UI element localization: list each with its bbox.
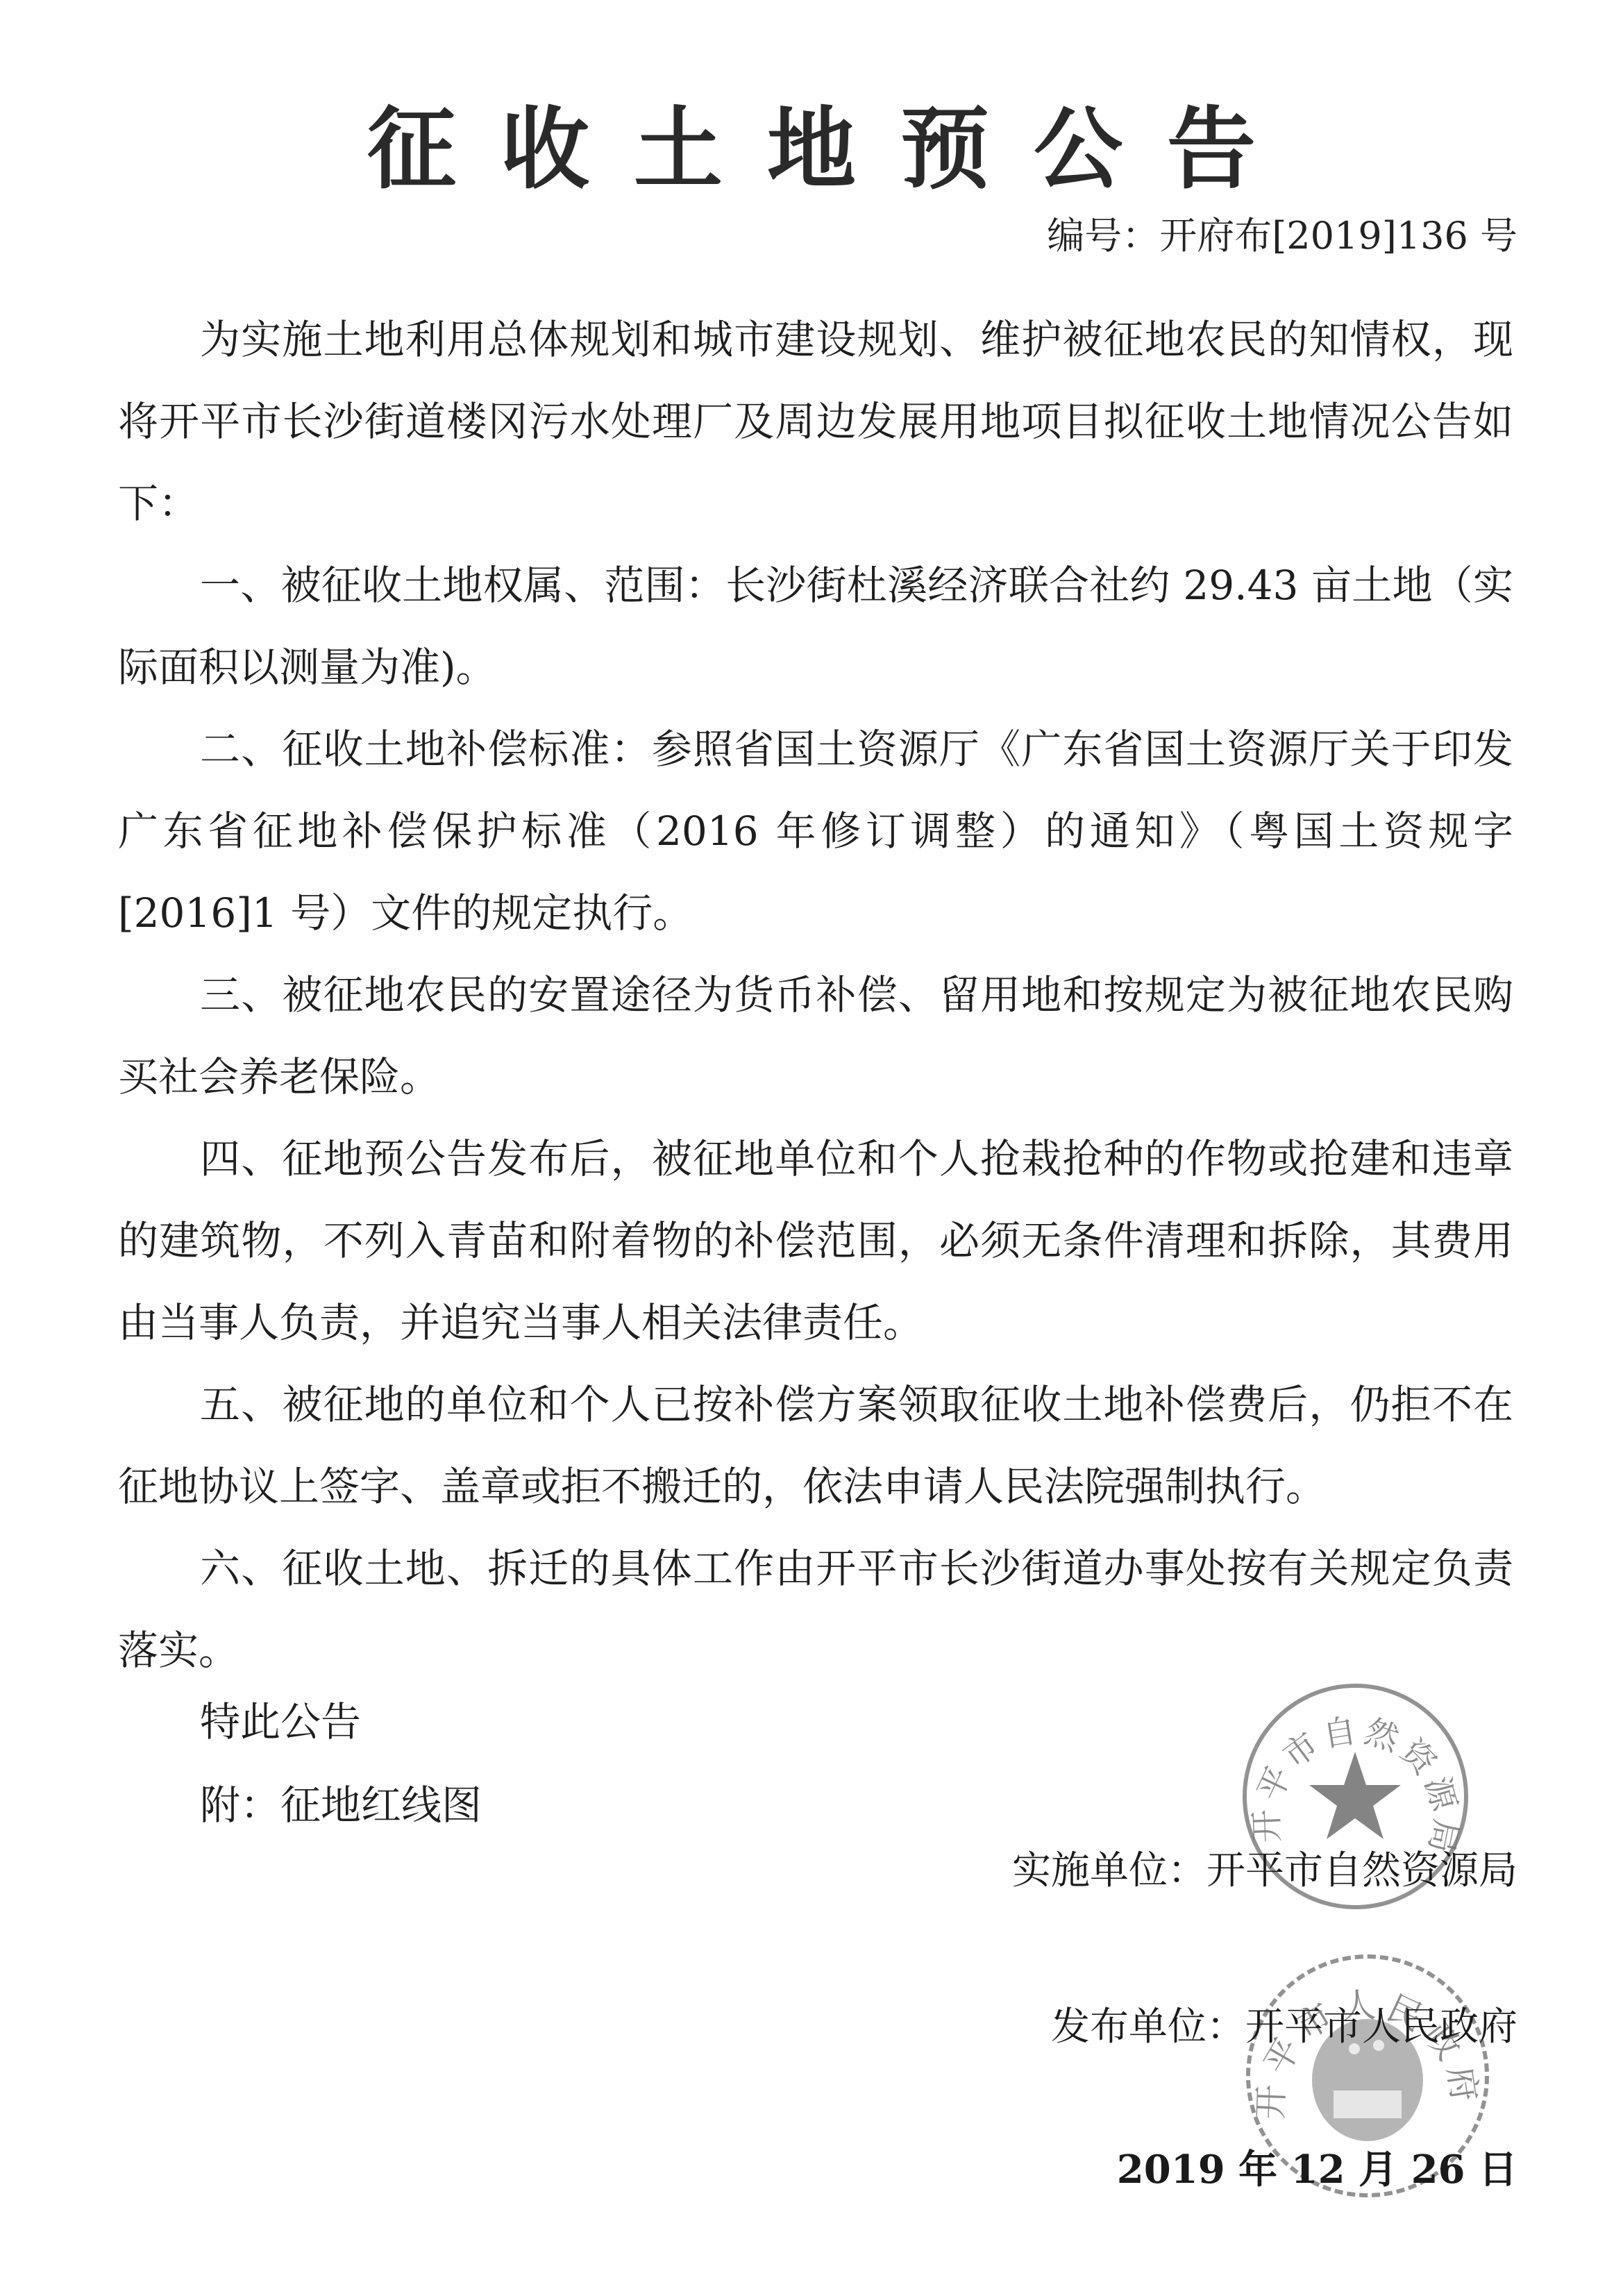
document-page: 征收土地预公告 编号：开府布[2019]136 号 为实施土地利用总体规划和城市… <box>0 0 1623 2296</box>
document-title: 征收土地预公告 <box>0 97 1623 201</box>
implementer-signature: 实施单位：开平市自然资源局 <box>1012 1843 1517 1899</box>
paragraph-item-2: 二、征收土地补偿标准：参照省国土资源厅《广东省国土资源厅关于印发广东省征地补偿保… <box>118 708 1513 954</box>
paragraph-intro: 为实施土地利用总体规划和城市建设规划、维护被征地农民的知情权，现将开平市长沙街道… <box>118 299 1513 544</box>
closing-notice: 特此公告 <box>200 1694 361 1750</box>
attachment-label: 附：征地红线图 <box>200 1777 482 1833</box>
publisher-signature: 发布单位：开平市人民政府 <box>1051 2000 1517 2055</box>
paragraph-item-6: 六、征收土地、拆迁的具体工作由开平市长沙街道办事处按有关规定负责落实。 <box>118 1527 1513 1691</box>
document-body: 为实施土地利用总体规划和城市建设规划、维护被征地农民的知情权，现将开平市长沙街道… <box>118 299 1513 1691</box>
paragraph-item-4: 四、征地预公告发布后，被征地单位和个人抢栽抢种的作物或抢建和违章的建筑物，不列入… <box>118 1118 1513 1364</box>
paragraph-item-3: 三、被征地农民的安置途径为货币补偿、留用地和按规定为被征地农民购买社会养老保险。 <box>118 954 1513 1118</box>
document-number: 编号：开府布[2019]136 号 <box>1047 208 1517 264</box>
publish-date: 2019 年 12 月 26 日 <box>1117 2142 1517 2197</box>
star-icon <box>1309 1752 1401 1839</box>
paragraph-item-5: 五、被征地的单位和个人已按补偿方案领取征收土地补偿费后，仍拒不在征地协议上签字、… <box>118 1364 1513 1527</box>
paragraph-item-1: 一、被征收土地权属、范围：长沙街杜溪经济联合社约 29.43 亩土地（实际面积以… <box>118 544 1513 708</box>
